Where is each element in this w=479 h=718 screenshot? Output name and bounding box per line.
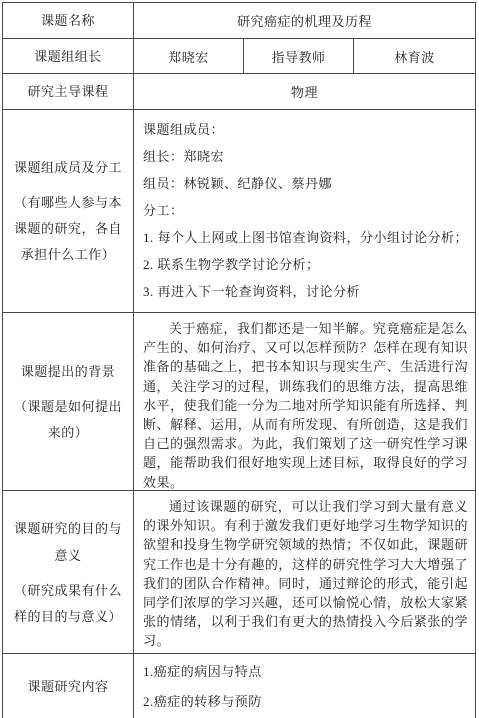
purpose-label-cell: 课题研究的目的与意义 （研究成果有什么样的目的与意义）	[3, 491, 134, 653]
project-title-value: 研究癌症的机理及历程	[237, 11, 372, 30]
member-line: 分工：	[143, 197, 468, 224]
members-division-label-cell: 课题组成员及分工 （有哪些人参与本课题的研究，各自承担什么工作）	[3, 110, 134, 312]
research-content-label: 课题研究内容	[27, 673, 108, 700]
group-leader-name-cell: 郑晓宏	[134, 39, 244, 73]
background-label: 课题提出的背景	[21, 358, 116, 385]
leading-subject-value-cell: 物理	[134, 74, 475, 109]
division-task-item: 1. 每个人上网或上图书馆查询资料，分小组讨论分析；	[143, 224, 468, 251]
leading-subject-value: 物理	[291, 82, 318, 101]
background-content-cell: 关于癌症，我们都还是一知半解。究竟癌症是怎么产生的、如何治疗、又可以怎样预防？怎…	[134, 313, 475, 490]
row-members-division: 课题组成员及分工 （有哪些人参与本课题的研究，各自承担什么工作） 课题组成员： …	[3, 110, 475, 313]
advisor-name-cell: 林育波	[354, 39, 475, 73]
advisor-name: 林育波	[394, 47, 435, 66]
project-title-label: 课题名称	[41, 7, 95, 34]
group-leader-name: 郑晓宏	[168, 47, 209, 66]
purpose-paragraph: 通过该课题的研究，可以让我们学习到大量有意义的课外知识。有利于激发我们更好地学习…	[143, 497, 468, 651]
member-line: 组长：郑晓宏	[143, 143, 468, 170]
research-content-item: 1.癌症的病因与特点	[143, 657, 468, 687]
purpose-note: （研究成果有什么样的目的与意义）	[13, 578, 123, 630]
member-line: 课题组成员：	[143, 116, 468, 143]
group-leader-label: 课题组组长	[34, 43, 102, 70]
project-title-label-cell: 课题名称	[3, 3, 134, 38]
research-content-item: 2.癌症的转移与预防	[143, 687, 468, 717]
purpose-content-cell: 通过该课题的研究，可以让我们学习到大量有意义的课外知识。有利于激发我们更好地学习…	[134, 491, 475, 653]
row-project-title: 课题名称 研究癌症的机理及历程	[3, 3, 475, 39]
row-purpose: 课题研究的目的与意义 （研究成果有什么样的目的与意义） 通过该课题的研究，可以让…	[3, 491, 475, 654]
research-project-form: 课题名称 研究癌症的机理及历程 课题组组长 郑晓宏 指导教师 林育波 研究主导课…	[2, 2, 476, 718]
group-leader-label-cell: 课题组组长	[3, 39, 134, 73]
row-background: 课题提出的背景 （课题是如何提出来的） 关于癌症，我们都还是一知半解。究竟癌症是…	[3, 313, 475, 491]
project-title-value-cell: 研究癌症的机理及历程	[134, 3, 475, 38]
leading-subject-label-cell: 研究主导课程	[3, 74, 134, 109]
members-division-note: （有哪些人参与本课题的研究，各自承担什么工作）	[13, 190, 123, 268]
members-division-label: 课题组成员及分工	[14, 154, 122, 181]
row-leader-advisor: 课题组组长 郑晓宏 指导教师 林育波	[3, 39, 475, 74]
research-content-cell: 1.癌症的病因与特点 2.癌症的转移与预防	[134, 654, 475, 718]
purpose-label: 课题研究的目的与意义	[13, 515, 123, 569]
row-research-content: 课题研究内容 1.癌症的病因与特点 2.癌症的转移与预防	[3, 654, 475, 718]
advisor-label-cell: 指导教师	[244, 39, 354, 73]
research-content-label-cell: 课题研究内容	[3, 654, 134, 718]
division-task-item: 2. 联系生物学教学讨论分析；	[143, 251, 468, 278]
leading-subject-label: 研究主导课程	[27, 78, 108, 105]
member-line: 组员：林锐颖、纪静仪、蔡丹娜	[143, 170, 468, 197]
division-task-item: 3. 再进入下一轮查询资料，讨论分析	[143, 278, 468, 305]
background-note: （课题是如何提出来的）	[13, 394, 123, 446]
row-leading-subject: 研究主导课程 物理	[3, 74, 475, 110]
background-label-cell: 课题提出的背景 （课题是如何提出来的）	[3, 313, 134, 490]
background-paragraph: 关于癌症，我们都还是一知半解。究竟癌症是怎么产生的、如何治疗、又可以怎样预防？怎…	[143, 319, 468, 490]
members-division-content-cell: 课题组成员： 组长：郑晓宏 组员：林锐颖、纪静仪、蔡丹娜 分工： 1. 每个人上…	[134, 110, 475, 312]
advisor-label: 指导教师	[271, 47, 325, 66]
